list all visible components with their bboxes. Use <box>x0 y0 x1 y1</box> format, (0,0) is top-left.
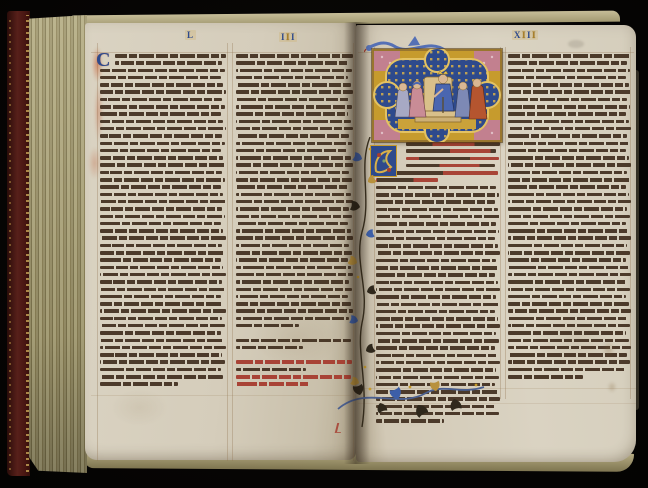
ruling-line <box>232 43 233 461</box>
text-line <box>100 69 225 73</box>
text-line <box>376 281 498 285</box>
text-line <box>236 295 348 299</box>
text-line <box>100 309 226 313</box>
text-line <box>376 324 500 328</box>
text-column-left-2 <box>236 54 353 390</box>
text-line <box>236 324 299 328</box>
ruling-line <box>91 52 351 53</box>
text-line <box>376 215 500 219</box>
text-line <box>100 163 226 167</box>
text-line <box>376 376 499 380</box>
header-letter: I <box>527 30 531 40</box>
text-line <box>236 251 352 255</box>
text-line <box>100 295 221 299</box>
text-line <box>508 251 630 255</box>
text-line <box>236 353 353 357</box>
text-line <box>508 200 631 204</box>
text-column-right-2 <box>508 54 631 382</box>
text-line <box>236 207 349 211</box>
text-line <box>236 309 353 313</box>
text-line <box>100 324 225 328</box>
text-line <box>376 237 495 241</box>
text-line <box>236 163 353 167</box>
text-line <box>236 288 352 292</box>
book-binding-spine <box>7 11 30 476</box>
text-line <box>100 142 225 146</box>
text-line <box>236 171 349 175</box>
text-line <box>508 207 627 211</box>
text-line <box>508 142 630 146</box>
text-line <box>236 215 352 219</box>
text-line <box>100 90 226 94</box>
text-line <box>100 266 223 270</box>
text-line <box>406 142 500 146</box>
text-line <box>236 112 348 116</box>
text-line <box>236 149 348 153</box>
right-page: XIII <box>356 25 636 462</box>
text-line <box>100 375 223 379</box>
text-line <box>376 397 500 401</box>
text-line <box>236 134 349 138</box>
text-line <box>236 331 353 335</box>
text-line <box>236 222 348 226</box>
text-line <box>508 54 631 58</box>
text-line <box>508 112 626 116</box>
text-line <box>508 134 627 138</box>
text-line <box>236 375 351 379</box>
text-line <box>236 120 351 124</box>
text-line <box>376 288 500 292</box>
text-line <box>100 229 223 233</box>
text-line <box>376 317 498 321</box>
text-line <box>376 244 498 248</box>
text-line <box>100 215 225 219</box>
text-line <box>236 360 352 364</box>
text-line <box>100 112 221 116</box>
text-line <box>100 83 223 87</box>
text-line <box>376 419 444 423</box>
text-line <box>508 324 630 328</box>
ruling-line <box>227 43 228 461</box>
foliate-initial <box>370 145 397 177</box>
folio-pencil-smudge <box>568 40 584 48</box>
text-line <box>376 390 498 394</box>
text-line <box>236 273 353 277</box>
text-line <box>100 346 226 350</box>
text-line <box>508 61 627 65</box>
text-line <box>406 164 495 168</box>
text-line <box>236 229 351 233</box>
header-letter: X <box>514 30 521 40</box>
text-line <box>100 134 222 138</box>
text-line <box>508 83 629 87</box>
text-line <box>100 178 225 182</box>
text-line <box>236 236 353 240</box>
text-line <box>115 54 226 58</box>
text-line <box>376 310 495 314</box>
text-line <box>100 127 226 131</box>
text-line <box>376 303 499 307</box>
text-line <box>236 280 349 284</box>
text-line <box>508 105 630 109</box>
header-letter: I <box>532 30 536 40</box>
text-line <box>508 280 627 284</box>
text-line <box>100 360 225 364</box>
text-line <box>376 295 496 299</box>
manuscript-photograph: L III C XIII <box>0 0 648 488</box>
text-line <box>376 354 498 358</box>
text-line <box>376 383 495 387</box>
text-line <box>236 302 351 306</box>
text-line <box>508 266 629 270</box>
text-line <box>236 142 352 146</box>
text-line <box>236 368 306 372</box>
ruling-line <box>353 43 354 461</box>
text-line <box>508 76 626 80</box>
text-line <box>236 185 348 189</box>
text-line <box>376 405 496 409</box>
text-line <box>376 346 495 350</box>
header-letter: I <box>286 32 290 42</box>
text-line <box>236 193 351 197</box>
text-line <box>508 222 626 226</box>
left-page: L III C <box>85 23 356 460</box>
text-line <box>100 207 222 211</box>
header-letter: I <box>522 30 526 40</box>
text-column-left-1 <box>100 54 226 390</box>
text-line <box>508 295 626 299</box>
text-line <box>236 244 349 248</box>
text-line <box>508 185 626 189</box>
text-line <box>236 156 351 160</box>
running-header-left-l: L <box>185 30 196 40</box>
text-line <box>508 317 627 321</box>
text-line <box>508 215 630 219</box>
text-line <box>508 120 629 124</box>
text-line <box>508 127 631 131</box>
text-line <box>100 258 221 262</box>
text-line <box>376 230 499 234</box>
text-line <box>508 178 630 182</box>
text-line <box>508 149 626 153</box>
text-line <box>508 309 631 313</box>
text-line <box>376 208 498 212</box>
text-line <box>376 200 495 204</box>
text-line <box>376 193 499 197</box>
text-line <box>376 186 496 190</box>
text-line <box>236 90 353 94</box>
text-line <box>115 61 222 65</box>
text-line <box>236 339 351 343</box>
header-letter: I <box>281 32 285 42</box>
header-letter: L <box>187 30 194 40</box>
text-line <box>376 332 496 336</box>
text-line <box>100 331 221 335</box>
text-line <box>100 280 222 284</box>
text-line <box>508 90 631 94</box>
text-line <box>100 171 222 175</box>
running-header-left-iii: III <box>279 32 297 42</box>
text-line <box>100 273 226 277</box>
text-line <box>100 368 221 372</box>
text-line <box>236 98 349 102</box>
text-line <box>100 105 225 109</box>
text-line <box>376 361 500 365</box>
text-line <box>236 54 353 58</box>
text-line <box>100 156 223 160</box>
text-line <box>100 353 222 357</box>
text-line <box>100 317 222 321</box>
text-line <box>236 317 349 321</box>
text-line <box>236 76 348 80</box>
page-stack-fore-edge <box>29 15 87 473</box>
text-line <box>508 375 583 379</box>
quire-mark <box>335 423 343 433</box>
running-header-right-xiii: XIII <box>512 30 538 40</box>
text-line <box>100 149 221 153</box>
miniature-king-enthroned-scene <box>372 49 502 142</box>
text-line <box>376 222 496 226</box>
header-letter: I <box>291 32 295 42</box>
text-line <box>376 368 496 372</box>
text-line <box>406 149 496 153</box>
text-line <box>100 222 221 226</box>
text-line <box>508 229 629 233</box>
text-line <box>100 193 223 197</box>
text-line <box>100 98 222 102</box>
ruling-line <box>91 395 351 396</box>
text-line <box>376 259 496 263</box>
text-line <box>100 339 223 343</box>
text-line <box>100 236 226 240</box>
text-line <box>100 76 221 80</box>
decorated-initial-c: C <box>96 50 110 70</box>
text-line <box>100 120 223 124</box>
text-line <box>236 69 352 73</box>
text-line <box>236 61 349 65</box>
text-line <box>376 339 499 343</box>
text-line <box>236 382 309 386</box>
parchment-stain <box>602 341 615 358</box>
text-line <box>236 346 303 350</box>
text-line <box>508 156 629 160</box>
text-line <box>508 273 631 277</box>
text-line <box>100 200 226 204</box>
text-line <box>508 244 627 248</box>
text-line <box>236 266 351 270</box>
text-column-right-1 <box>376 142 500 427</box>
text-line <box>100 382 178 386</box>
text-line <box>508 69 630 73</box>
parchment-stain <box>607 381 617 393</box>
text-line <box>508 236 631 240</box>
text-line <box>376 266 499 270</box>
text-line <box>508 98 627 102</box>
text-line <box>508 193 629 197</box>
text-line <box>376 412 499 416</box>
text-line <box>406 157 499 161</box>
text-line <box>236 258 348 262</box>
ruling-line <box>505 47 506 399</box>
text-line <box>508 288 630 292</box>
text-line <box>508 258 626 262</box>
text-line <box>236 178 352 182</box>
text-line <box>376 251 500 255</box>
text-line <box>376 273 495 277</box>
text-line <box>100 244 222 248</box>
text-line <box>100 288 225 292</box>
text-line <box>236 105 352 109</box>
text-line <box>100 302 223 306</box>
text-line <box>236 200 353 204</box>
text-line <box>508 368 626 372</box>
text-line <box>236 83 351 87</box>
text-line <box>100 251 225 255</box>
text-line <box>508 171 627 175</box>
text-line <box>100 185 221 189</box>
text-line <box>376 178 438 182</box>
text-line <box>508 331 626 335</box>
text-line <box>508 163 631 167</box>
text-line <box>508 360 630 364</box>
text-line <box>508 302 629 306</box>
text-line <box>236 127 353 131</box>
